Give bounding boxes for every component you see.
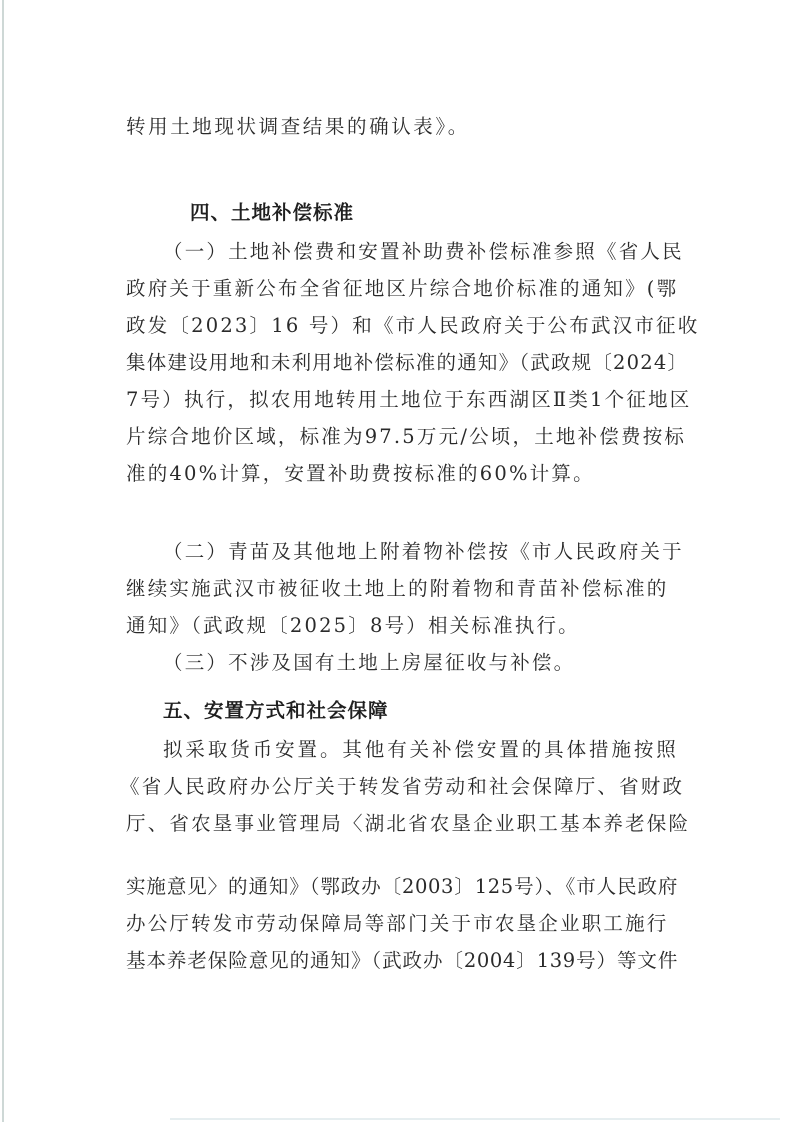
- document-page: 转用土地现状调查结果的确认表》。 四、土地补偿标准 （一）土地补偿费和安置补助费…: [0, 0, 794, 1122]
- intro-tail-line: 转用土地现状调查结果的确认表》。: [126, 114, 678, 140]
- section-4-item-1-line-6: 片综合地价区域，标准为97.5万元/公顷，土地补偿费按标: [126, 424, 678, 450]
- section-5-para-line-3: 厅、省农垦事业管理局〈湖北省农垦企业职工基本养老保险: [126, 811, 678, 837]
- section-4-item-1-line-1: （一）土地补偿费和安置补助费补偿标准参照《省人民: [163, 239, 678, 265]
- section-4-heading: 四、土地补偿标准: [190, 200, 354, 226]
- section-4-item-1-line-4: 集体建设用地和未利用地补偿标准的通知》（武政规〔2024〕: [126, 350, 678, 376]
- scan-edge-bottom: [170, 1118, 780, 1120]
- section-5-para-line-4: 实施意见〉的通知》（鄂政办〔2003〕125号）、《市人民政府: [126, 874, 678, 900]
- section-4-item-2-line-3: 通知》（武政规〔2025〕8号）相关标准执行。: [126, 613, 678, 639]
- section-5-para-line-2: 《省人民政府办公厅关于转发省劳动和社会保障厅、省财政: [120, 774, 678, 800]
- section-4-item-3-line-1: （三）不涉及国有土地上房屋征收与补偿。: [163, 650, 678, 676]
- section-4-item-2-line-1: （二）青苗及其他地上附着物补偿按《市人民政府关于: [163, 539, 678, 565]
- section-5-heading: 五、安置方式和社会保障: [163, 698, 389, 724]
- section-4-item-1-line-5: 7号）执行，拟农用地转用土地位于东西湖区Ⅱ类1个征地区: [126, 387, 678, 413]
- section-5-para-line-5: 办公厅转发市劳动保障局等部门关于市农垦企业职工施行: [126, 911, 666, 937]
- scan-edge-left: [2, 0, 4, 1122]
- section-4-item-1-line-3: 政发〔2023〕16 号）和《市人民政府关于公布武汉市征收: [126, 313, 678, 339]
- section-5-para-line-6: 基本养老保险意见的通知》（武政办〔2004〕139号）等文件: [126, 948, 678, 974]
- section-4-item-1-line-7: 准的40%计算，安置补助费按标准的60%计算。: [126, 461, 678, 487]
- section-4-item-2-line-2: 继续实施武汉市被征收土地上的附着物和青苗补偿标准的: [126, 576, 666, 602]
- section-4-item-1-line-2: 政府关于重新公布全省征地区片综合地价标准的通知》(鄂: [126, 276, 678, 302]
- section-5-para-line-1: 拟采取货币安置。其他有关补偿安置的具体措施按照: [163, 737, 678, 763]
